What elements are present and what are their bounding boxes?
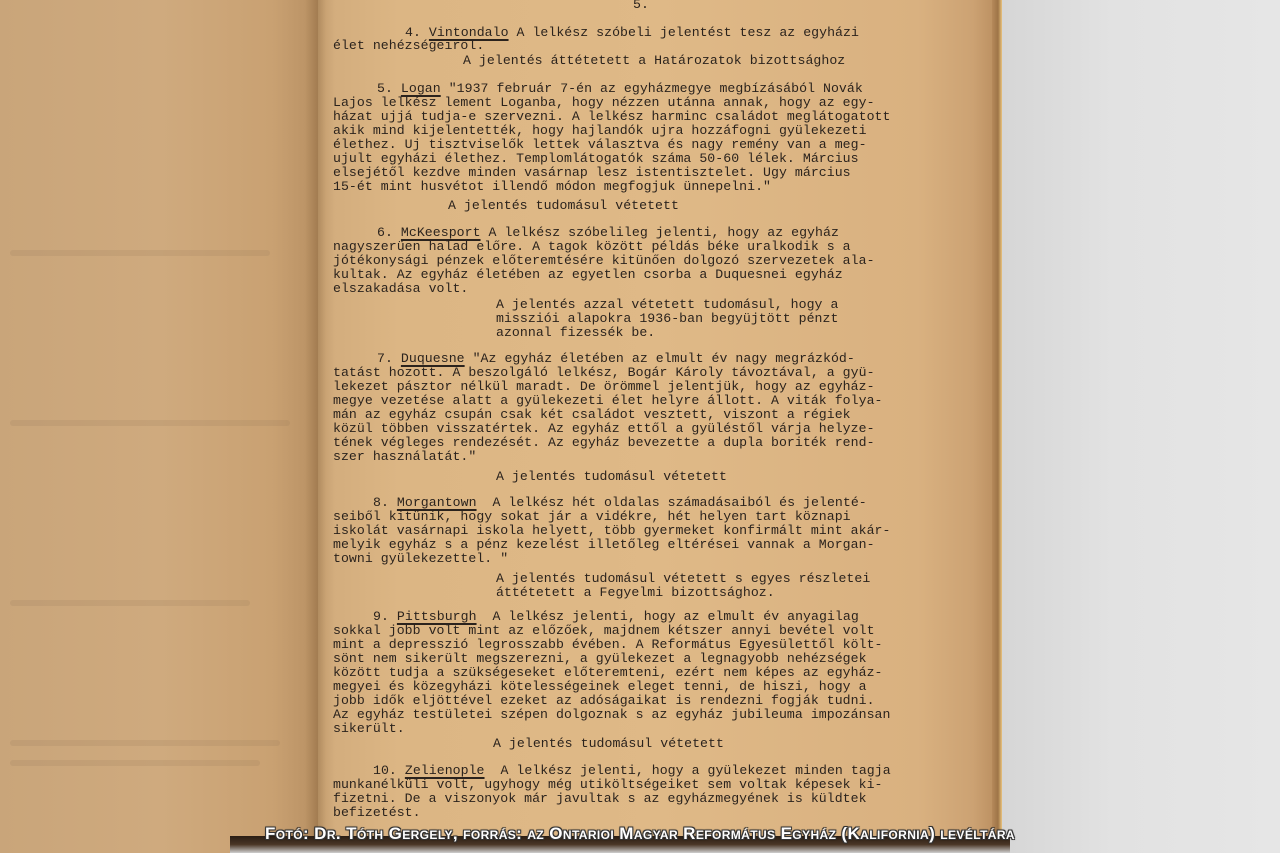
entry-text-line: 15-ét mint husvétot illendő módon megfog…: [333, 180, 771, 194]
entry-text-line: sikerült.: [333, 722, 405, 736]
entry-text-line: ujult egyházi élethez. Templomlátogatók …: [333, 152, 859, 166]
place-name: Zelienople: [405, 763, 485, 778]
entry-text-line: fizetni. De a viszonyok már javultak s a…: [333, 792, 867, 806]
entry-text-line: megyei és közegyházi kötelességeinek ele…: [333, 680, 867, 694]
page-number: 5.: [633, 0, 649, 12]
resolution-line: A jelentés tudomásul vétetett: [496, 470, 727, 484]
entry-text-line: A lelkész jelenti, hogy a gyülekezet min…: [485, 763, 891, 778]
bleed-through-text: [10, 600, 250, 606]
entry-text-line: befizetést.: [333, 806, 421, 820]
entry-text-line: élet nehézségeiről.: [333, 39, 484, 53]
place-name: Pittsburgh: [397, 609, 477, 624]
resolution-line: azonnal fizessék be.: [496, 326, 655, 340]
left-page: [0, 0, 320, 853]
entry-text-line: jobb idők eljöttével ezeket az adóságaik…: [333, 694, 875, 708]
place-name: Morgantown: [397, 495, 477, 510]
entry-text-line: mint a depresszió legrosszabb évében. A …: [333, 638, 883, 652]
entry-text-line: iskolát vasárnapi iskola helyett, több g…: [333, 524, 890, 538]
bleed-through-text: [10, 760, 260, 766]
entry-text-line: lekezet pásztor nélkül maradt. De örömme…: [333, 380, 875, 394]
entry-text-line: akik mind kijelentették, hogy hajlandók …: [333, 124, 867, 138]
book-gutter: [305, 0, 335, 853]
photo-credit-caption: Fotó: Dr. Tóth Gergely, forrás: az Ontar…: [0, 824, 1280, 844]
entry-text-line: "Az egyház életében az elmult év nagy me…: [465, 351, 855, 366]
entry-text-line: nagyszerüen halad előre. A tagok között …: [333, 240, 851, 254]
entry-text-line: házat ujjá tudja-e szervezni. A lelkész …: [333, 110, 890, 124]
bleed-through-text: [10, 250, 270, 256]
entry-text-line: Lajos lelkész lement Loganba, hogy nézze…: [333, 96, 875, 110]
entry-number: 10.: [373, 763, 397, 778]
entry-text-line: A lelkész szóbelileg jelenti, hogy az eg…: [481, 225, 839, 240]
background-surface: [1002, 0, 1280, 853]
entry-text-line: A lelkész szóbeli jelentést tesz az egyh…: [509, 25, 859, 40]
place-name: McKeesport: [401, 225, 481, 240]
page-edge: [992, 0, 1002, 840]
bleed-through-text: [10, 420, 290, 426]
entry-number: 6.: [377, 225, 393, 240]
resolution-line: A jelentés azzal vétetett tudomásul, hog…: [496, 298, 838, 312]
entry-text-line: szer használatát.": [333, 450, 476, 464]
entry-text-line: kultak. Az egyház életében az egyetlen c…: [333, 268, 843, 282]
entry-text-line: A lelkész jelenti, hogy az elmult év any…: [477, 609, 859, 624]
resolution-line: A jelentés áttétetett a Határozatok bizo…: [463, 54, 845, 68]
entry-text-line: elsejétől kezdve minden vasárnap lesz is…: [333, 166, 851, 180]
entry-text-line: melyik egyház s a pénz kezelést illetőle…: [333, 538, 875, 552]
entry-number: 9.: [373, 609, 389, 624]
entry-text-line: tének végleges rendezését. Az egyház bev…: [333, 436, 875, 450]
entry-text-line: mán az egyház csupán csak két családot v…: [333, 408, 851, 422]
resolution-line: áttétetett a Fegyelmi bizottsághoz.: [496, 586, 775, 600]
entry-text-line: tatást hozott. A beszolgáló lelkész, Bog…: [333, 366, 875, 380]
entry-text-line: jótékonysági pénzek előteremtésére kitün…: [333, 254, 875, 268]
entry-number: 5.: [377, 81, 393, 96]
entry-number: 8.: [373, 495, 389, 510]
entry-text-line: megye vezetése alatt a gyülekezeti élet …: [333, 394, 883, 408]
entry-number: 7.: [377, 351, 393, 366]
place-name: Logan: [401, 81, 441, 96]
entry-text-line: "1937 február 7-én az egyházmegye megbíz…: [441, 81, 863, 96]
entry-text-line: A lelkész hét oldalas számadásaiból és j…: [477, 495, 867, 510]
entry-text-line: towni gyülekezettel. ": [333, 552, 508, 566]
resolution-line: A jelentés tudomásul vétetett s egyes ré…: [496, 572, 870, 586]
resolution-line: A jelentés tudomásul vétetett: [448, 199, 679, 213]
place-name: Duquesne: [401, 351, 465, 366]
entry-text-line: sokkal jobb volt mint az előzőek, majdne…: [333, 624, 875, 638]
entry-text-line: munkanélküli volt, ugyhogy még utiköltsé…: [333, 778, 883, 792]
resolution-line: A jelentés tudomásul vétetett: [493, 737, 724, 751]
entry-text-line: élethez. Uj tisztviselők lettek választv…: [333, 138, 867, 152]
entry-text-line: közül többen visszatértek. Az egyház ett…: [333, 422, 875, 436]
resolution-line: missziói alapokra 1936-ban begyüjtött pé…: [496, 312, 838, 326]
entry-text-line: Az egyház testületei szépen dolgoznak s …: [333, 708, 890, 722]
entry-text-line: között tudja a szükségeseket előteremten…: [333, 666, 883, 680]
bleed-through-text: [10, 740, 280, 746]
entry-text-line: elszakadása volt.: [333, 282, 468, 296]
entry-text-line: seiből kitünik, hogy sokat jár a vidékre…: [333, 510, 851, 524]
entry-text-line: sönt nem sikerült megszerezni, a gyüleke…: [333, 652, 867, 666]
